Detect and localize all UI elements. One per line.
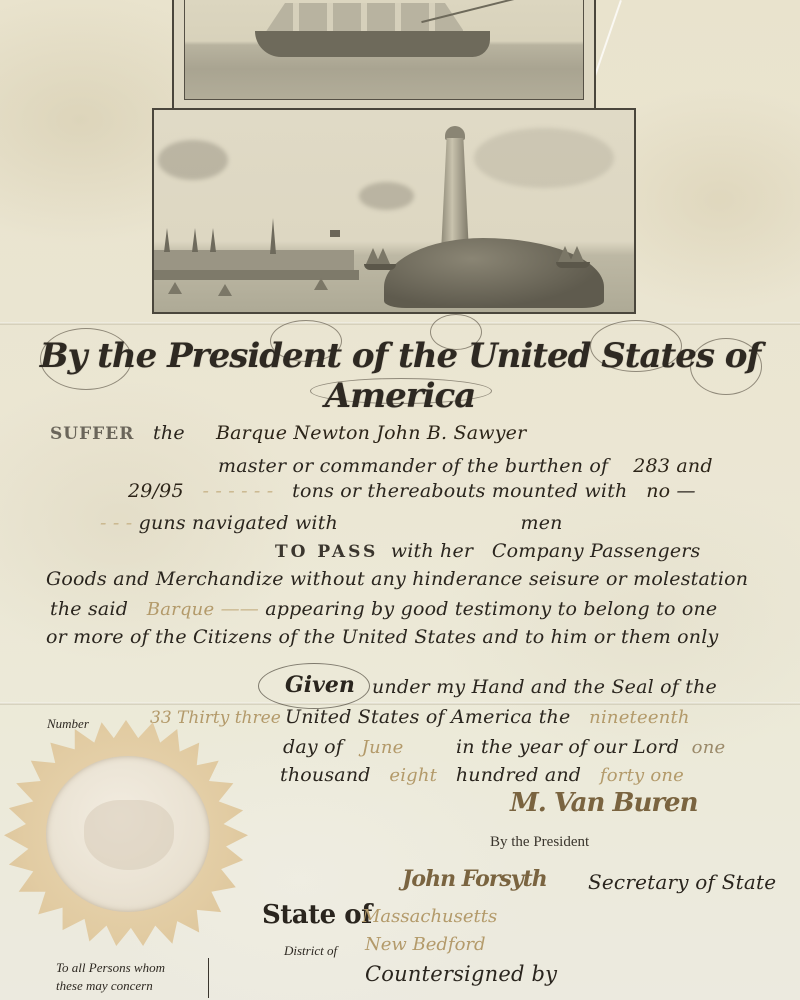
paper-fold <box>0 702 800 705</box>
body-line-1: SUFFER the Barque Newton John B. Sawyer <box>50 422 526 444</box>
printed-text: in the year of our Lord <box>456 736 679 758</box>
year-hundreds-value: eight <box>389 765 437 786</box>
suffer-keyword: SUFFER <box>50 424 134 444</box>
year-tens-value: forty one <box>600 765 684 786</box>
printed-text: guns navigated with <box>139 512 338 534</box>
body-line-7: the said Barque —— appearing by good tes… <box>50 598 717 620</box>
year-one-value: one <box>692 737 726 758</box>
president-signature: M. Van Buren <box>510 788 698 818</box>
printed-text: hundred and <box>456 764 581 786</box>
ship-engraving <box>172 0 596 110</box>
address-line-2: these may concern <box>56 978 153 994</box>
ship-engraving-image <box>184 0 584 100</box>
printed-text: Company Passengers <box>492 540 701 562</box>
ship-icon <box>376 248 390 264</box>
body-line-11: day of June in the year of our Lord one <box>283 736 725 758</box>
body-line-5: TO PASS with her Company Passengers <box>275 540 701 562</box>
pier-icon <box>154 270 359 280</box>
lighthouse-lamp-icon <box>445 126 465 140</box>
secretary-title: Secretary of State <box>588 870 776 894</box>
body-line-9: under my Hand and the Seal of the <box>372 676 717 698</box>
ship-hull-icon <box>255 31 490 57</box>
state-of-label: State of <box>262 900 372 930</box>
printed-text: master or commander of the burthen of <box>218 455 608 477</box>
printed-text: thousand <box>280 764 371 786</box>
spire-icon <box>192 228 198 252</box>
cloud-icon <box>359 182 414 210</box>
eagle-icon <box>84 800 174 870</box>
printed-text: day of <box>283 736 343 758</box>
body-line-2: master or commander of the burthen of 28… <box>218 455 713 477</box>
body-line-12: thousand eight hundred and forty one <box>280 764 684 786</box>
body-line-10: United States of America the nineteenth <box>285 706 690 728</box>
given-keyword: Given <box>285 672 355 698</box>
sailboat-icon <box>218 284 232 296</box>
heading-block: By the President of the United States of… <box>30 318 770 408</box>
burthen-value: 283 and <box>633 455 712 477</box>
lighthouse-icon <box>441 138 469 253</box>
printed-text: tons or thereabouts mounted with <box>292 480 627 502</box>
address-line-1: To all Persons whom <box>56 960 165 976</box>
cloud-icon <box>158 140 228 180</box>
sailboat-icon <box>314 278 328 290</box>
printed-text: United States of America the <box>285 706 570 728</box>
document-title: By the President of the United States of… <box>30 336 770 416</box>
flag-icon <box>330 230 340 237</box>
secretary-signature: John Forsyth <box>402 866 547 892</box>
vessel-type: Barque <box>147 599 215 620</box>
day-value: nineteenth <box>589 707 690 728</box>
body-line-4: - - - guns navigated with men <box>100 512 563 534</box>
printed-text: the <box>153 422 185 444</box>
ship-hull-icon <box>556 262 590 268</box>
month-value: June <box>362 737 404 758</box>
ship-icon <box>570 246 584 262</box>
to-pass-keyword: TO PASS <box>275 542 378 562</box>
ship-hull-icon <box>364 264 396 270</box>
cloud-icon <box>474 128 614 188</box>
state-of-value: Massachusetts <box>362 906 497 927</box>
lighthouse-engraving <box>152 108 636 314</box>
brace-divider <box>208 958 209 998</box>
by-the-president-label: By the President <box>490 834 589 851</box>
vessel-and-master: Barque Newton John B. Sawyer <box>216 422 526 444</box>
spire-icon <box>270 218 276 254</box>
printed-text: the said <box>50 598 128 620</box>
city-skyline-icon <box>154 250 354 270</box>
body-line-6: Goods and Merchandize without any hinder… <box>46 568 748 590</box>
district-of-value: New Bedford <box>365 934 486 955</box>
printed-text: men <box>520 512 562 534</box>
body-line-3: 29/95 - - - - - - tons or thereabouts mo… <box>128 480 696 502</box>
guns-value: no <box>646 480 670 502</box>
tonnage-fraction: 29/95 <box>128 480 184 502</box>
spire-icon <box>210 228 216 252</box>
printed-text: appearing by good testimony to belong to… <box>265 598 717 620</box>
body-line-8: or more of the Citizens of the United St… <box>46 626 718 648</box>
countersigned-label: Countersigned by <box>365 962 557 986</box>
embossed-seal <box>4 720 248 946</box>
printed-text: with her <box>391 540 473 562</box>
sailboat-icon <box>168 282 182 294</box>
district-of-label: District of <box>284 943 337 959</box>
spire-icon <box>164 228 170 252</box>
